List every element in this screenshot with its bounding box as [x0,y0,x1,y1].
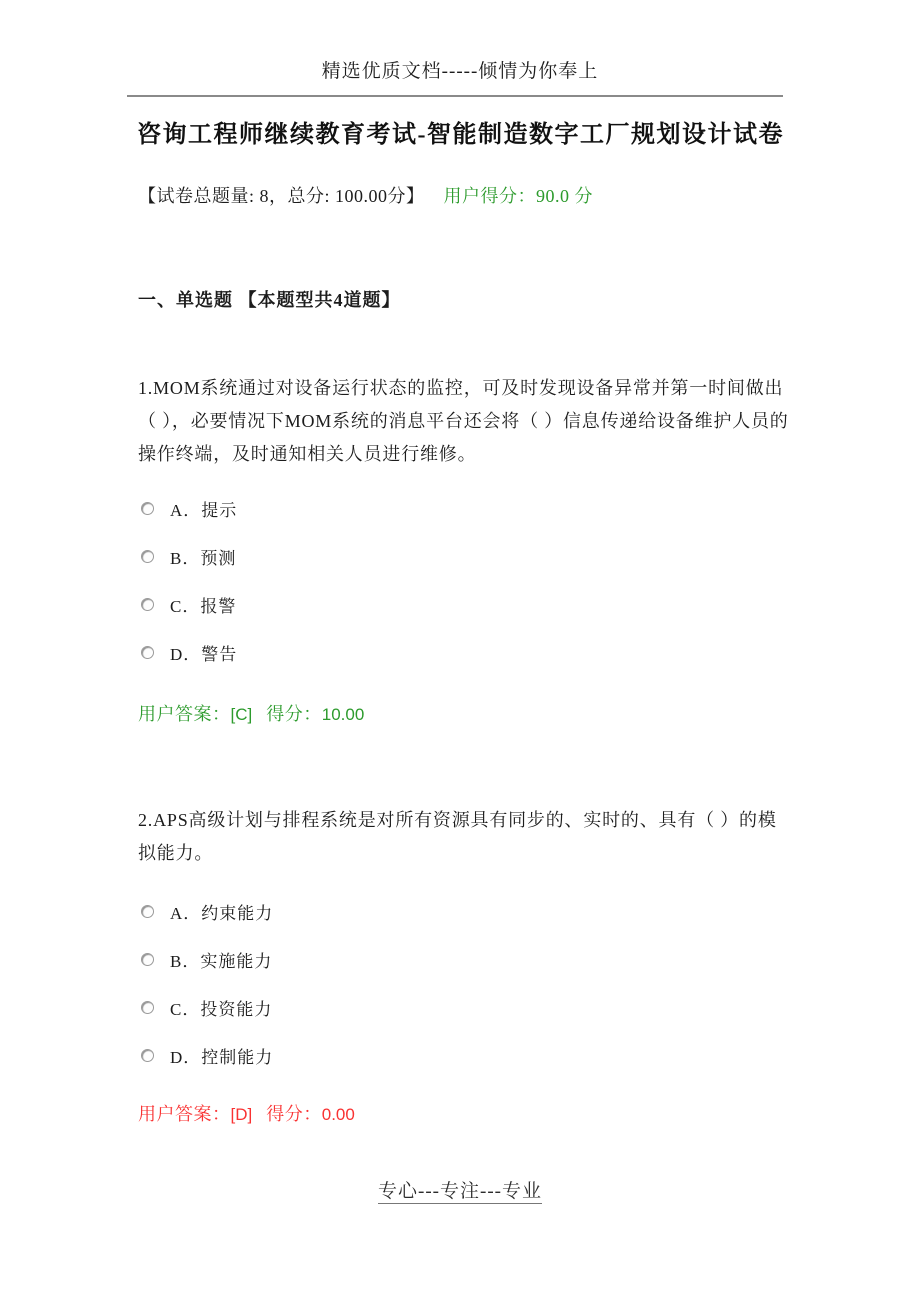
option-label: A．约束能力 [170,899,273,924]
question-1-options: A．提示 B．预测 C．报警 D．警告 [141,497,920,663]
score-label: 得分： [266,1104,322,1124]
option-row[interactable]: D．警告 [141,641,920,663]
score-value: 10.00 [322,705,365,724]
option-row[interactable]: A．约束能力 [141,900,920,922]
radio-button-icon[interactable] [141,1049,154,1062]
option-row[interactable]: B．预测 [141,545,920,567]
question-2-answer-line: 用户答案：[D]得分：0.00 [138,1100,920,1126]
option-label: B．预测 [170,544,236,569]
radio-button-icon[interactable] [141,646,154,659]
score-value: 0.00 [322,1105,355,1124]
option-label: B．实施能力 [170,947,272,972]
answer-label: 用户答案： [138,1104,231,1124]
radio-button-icon[interactable] [141,953,154,966]
header-divider [127,95,783,97]
document-page: 精选优质文档-----倾情为你奉上 咨询工程师继续教育考试-智能制造数字工厂规划… [0,0,920,1302]
radio-button-icon[interactable] [141,905,154,918]
answer-value: [D] [231,1105,253,1124]
header-banner: 精选优质文档-----倾情为你奉上 [0,0,920,83]
answer-label: 用户答案： [138,704,231,724]
answer-value: [C] [231,705,253,724]
user-total-score: 用户得分：90.0 分 [444,186,594,206]
radio-button-icon[interactable] [141,550,154,563]
footer-slogan: 专心---专注---专业 [0,1176,920,1203]
question-2-options: A．约束能力 B．实施能力 C．投资能力 D．控制能力 [141,900,920,1066]
page-title: 咨询工程师继续教育考试-智能制造数字工厂规划设计试卷 [137,119,790,151]
question-2-text: 2.APS高级计划与排程系统是对所有资源具有同步的、实时的、具有（ ）的模拟能力… [138,804,793,870]
radio-button-icon[interactable] [141,1001,154,1014]
radio-button-icon[interactable] [141,598,154,611]
exam-summary: 【试卷总题量: 8，总分: 100.00分】 [138,186,425,206]
score-label: 得分： [266,704,322,724]
radio-button-icon[interactable] [141,502,154,515]
option-row[interactable]: C．投资能力 [141,996,920,1018]
option-label: C．报警 [170,592,236,617]
option-row[interactable]: B．实施能力 [141,948,920,970]
option-row[interactable]: D．控制能力 [141,1044,920,1066]
question-1-answer-line: 用户答案：[C]得分：10.00 [138,700,920,726]
option-label: D．警告 [170,640,237,665]
exam-summary-line: 【试卷总题量: 8，总分: 100.00分】 用户得分：90.0 分 [138,182,920,208]
option-label: A．提示 [170,496,237,521]
option-label: D．控制能力 [170,1043,273,1068]
question-1-text: 1.MOM系统通过对设备运行状态的监控，可及时发现设备异常并第一时间做出（ ），… [138,372,793,471]
option-label: C．投资能力 [170,995,272,1020]
option-row[interactable]: C．报警 [141,593,920,615]
section-heading: 一、单选题 【本题型共4道题】 [138,286,920,312]
option-row[interactable]: A．提示 [141,497,920,519]
